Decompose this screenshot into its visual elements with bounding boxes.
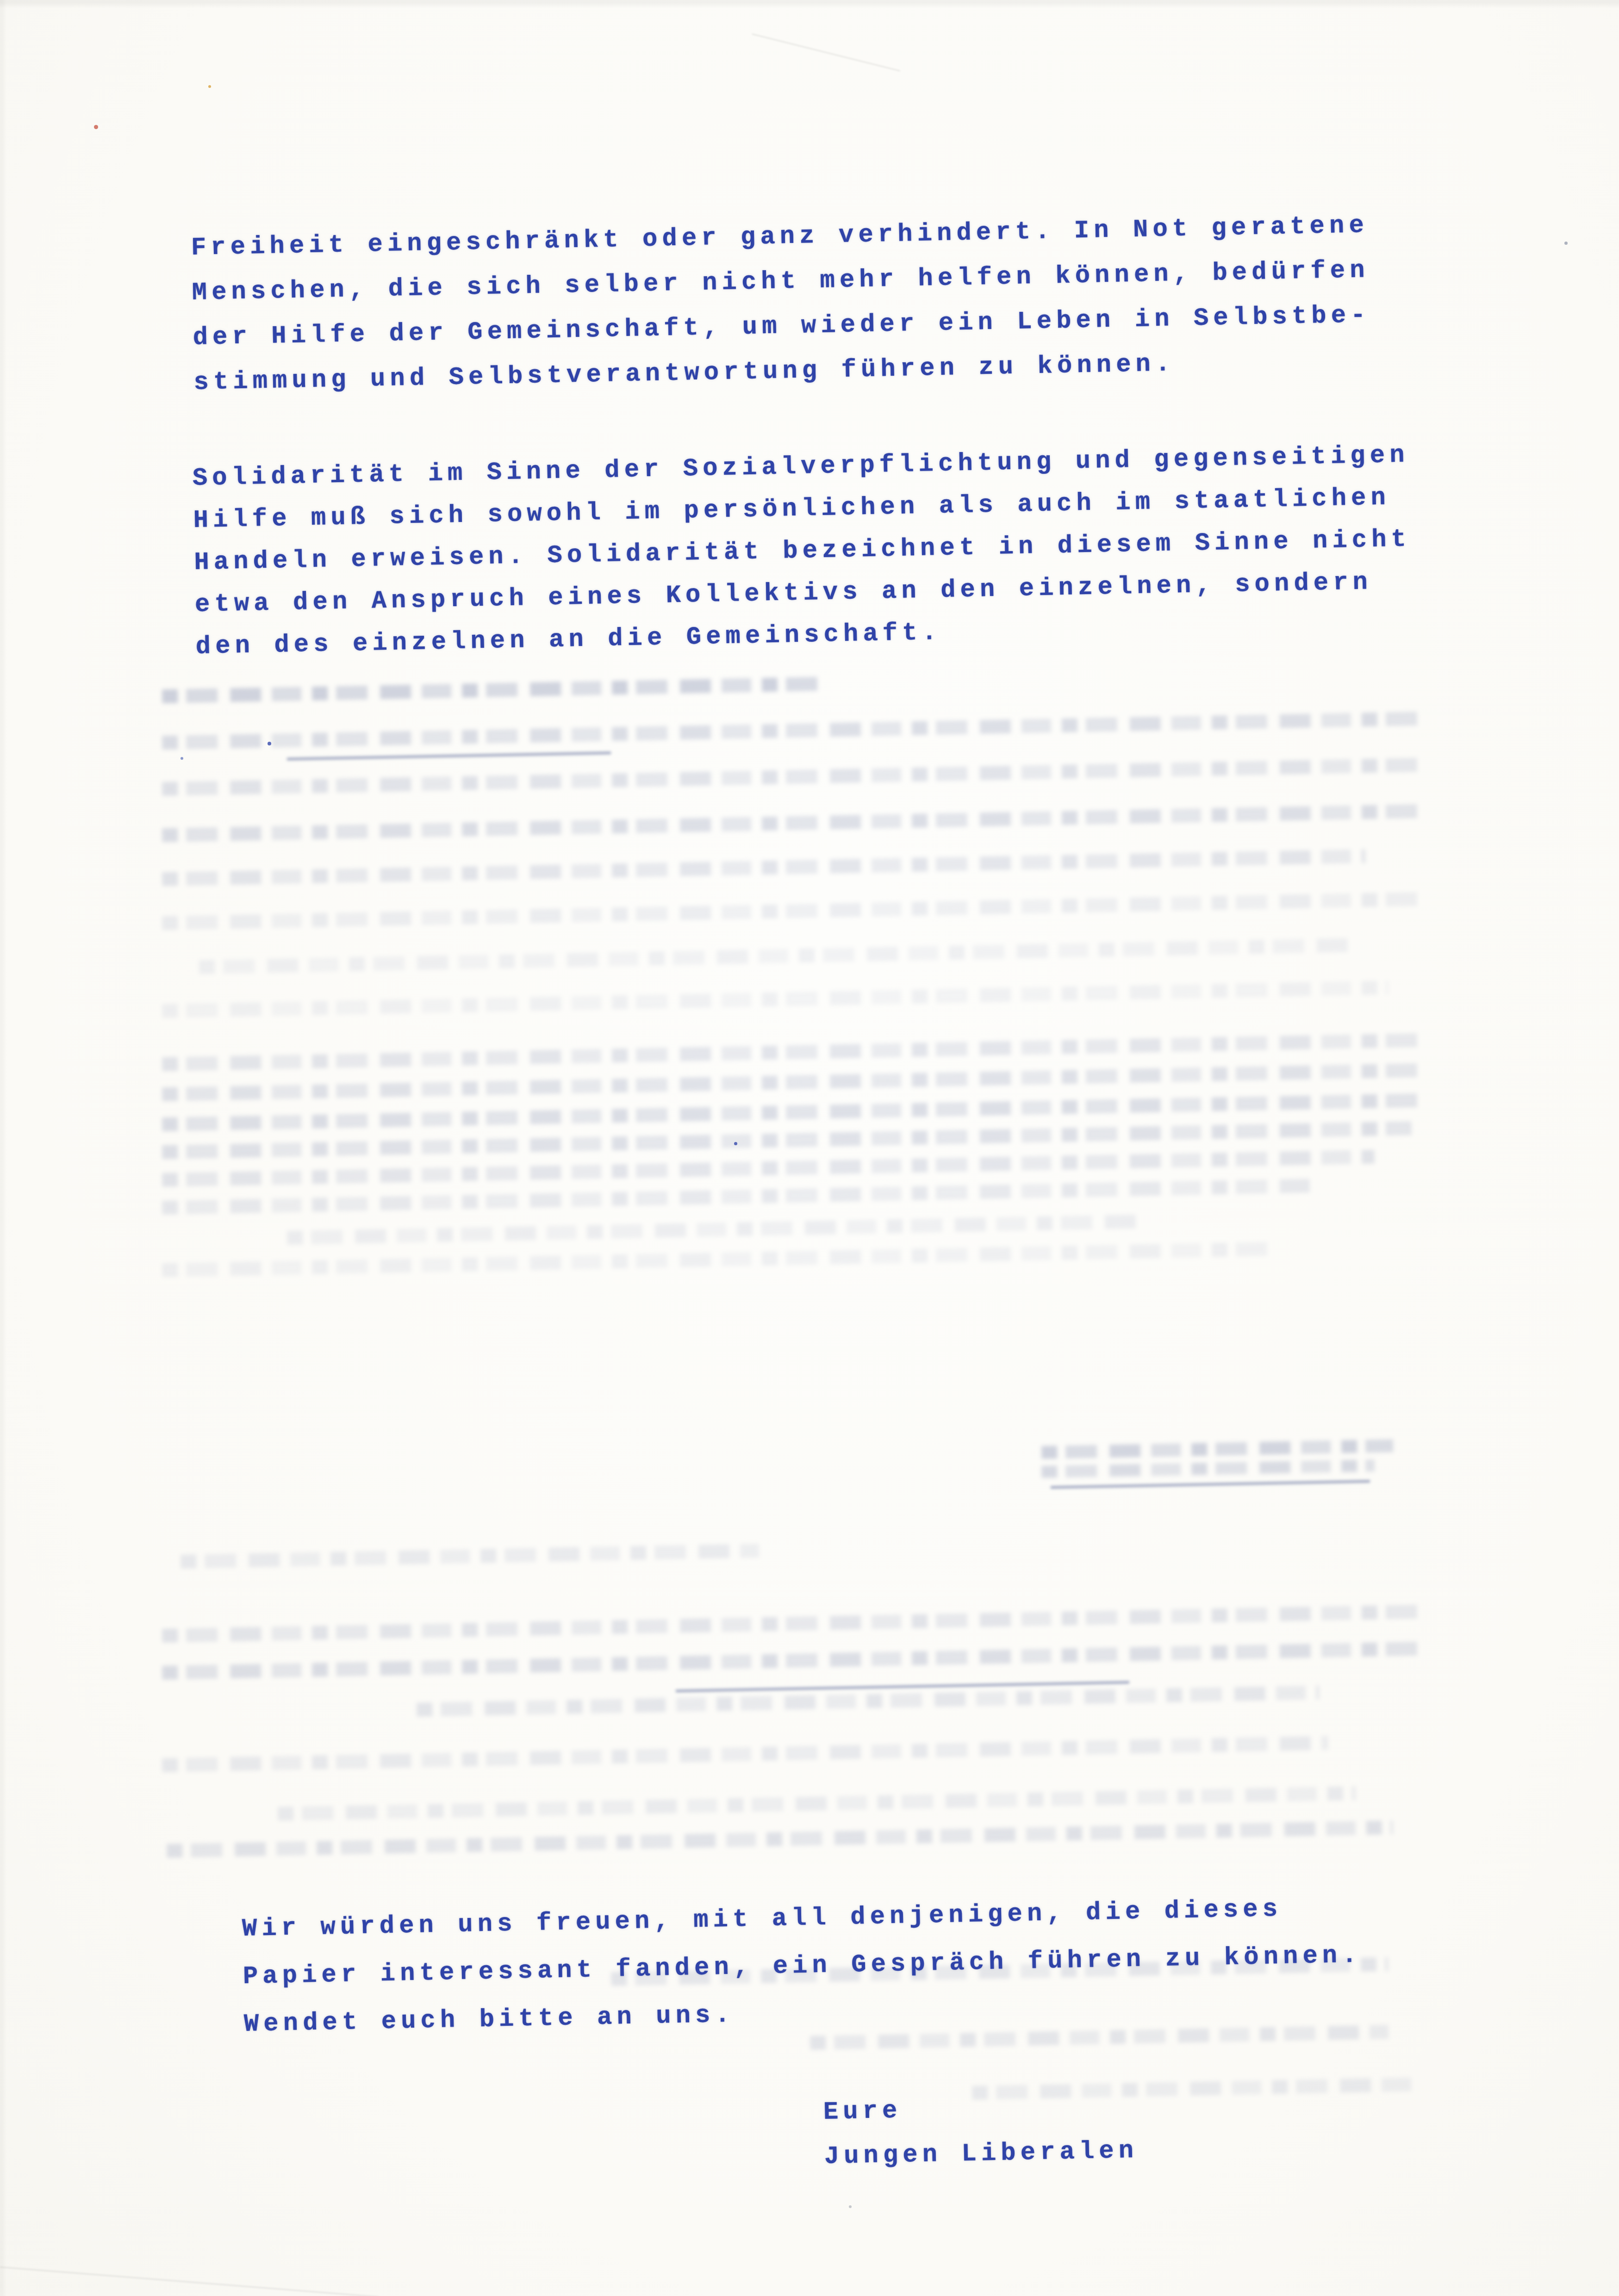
scanned-document-page: Freiheit eingeschränkt oder ganz verhind…: [0, 0, 1619, 2296]
ghost-text-line: [167, 1820, 1393, 1858]
scan-crease: [0, 2266, 378, 2296]
ghost-underline: [287, 752, 611, 760]
ghost-text-line: [162, 1242, 1273, 1277]
ghost-text-line: [162, 758, 1421, 796]
ghost-text-line: [162, 1605, 1421, 1643]
scan-speck: [1564, 242, 1568, 245]
scan-speck: [208, 85, 211, 88]
ghost-text-line: [162, 677, 819, 703]
ghost-text-line: [287, 1214, 1143, 1245]
ghost-underline: [1051, 1480, 1370, 1489]
paragraph-freedom: Freiheit eingeschränkt oder ganz verhind…: [191, 203, 1371, 405]
ghost-text-line: [162, 712, 1421, 750]
ghost-text-line: [162, 1033, 1421, 1071]
scan-speck: [734, 1142, 737, 1145]
text-line: Eure: [823, 2085, 1138, 2135]
ghost-text-line: [1041, 1459, 1375, 1478]
ghost-text-line: [162, 1642, 1421, 1680]
closing-paragraph: Wir würden uns freuen, mit all denjenige…: [242, 1884, 1363, 2048]
scan-crease: [752, 33, 900, 72]
ghost-text-line: [199, 938, 1356, 974]
scan-speck: [268, 742, 271, 745]
ghost-text-line: [162, 1179, 1310, 1215]
ghost-text-line: [162, 1063, 1421, 1101]
ghost-text-line: [417, 1686, 1319, 1717]
ghost-text-line: [181, 1544, 759, 1569]
scan-speck: [849, 2205, 852, 2208]
ghost-text-line: [162, 980, 1389, 1018]
text-line: Jungen Liberalen: [824, 2129, 1139, 2179]
ghost-text-line: [162, 849, 1365, 886]
scan-speck: [94, 125, 98, 129]
scan-speck: [181, 757, 183, 760]
ghost-text-line: [162, 1736, 1328, 1772]
ghost-text-line: [162, 892, 1421, 930]
signature-block: EureJungen Liberalen: [823, 2085, 1139, 2179]
paragraph-solidarity: Solidarität im Sinne der Sozialverpflich…: [192, 434, 1413, 668]
ghost-text-line: [1041, 1439, 1393, 1459]
ghost-text-line: [278, 1786, 1356, 1821]
ghost-text-line: [162, 804, 1421, 842]
